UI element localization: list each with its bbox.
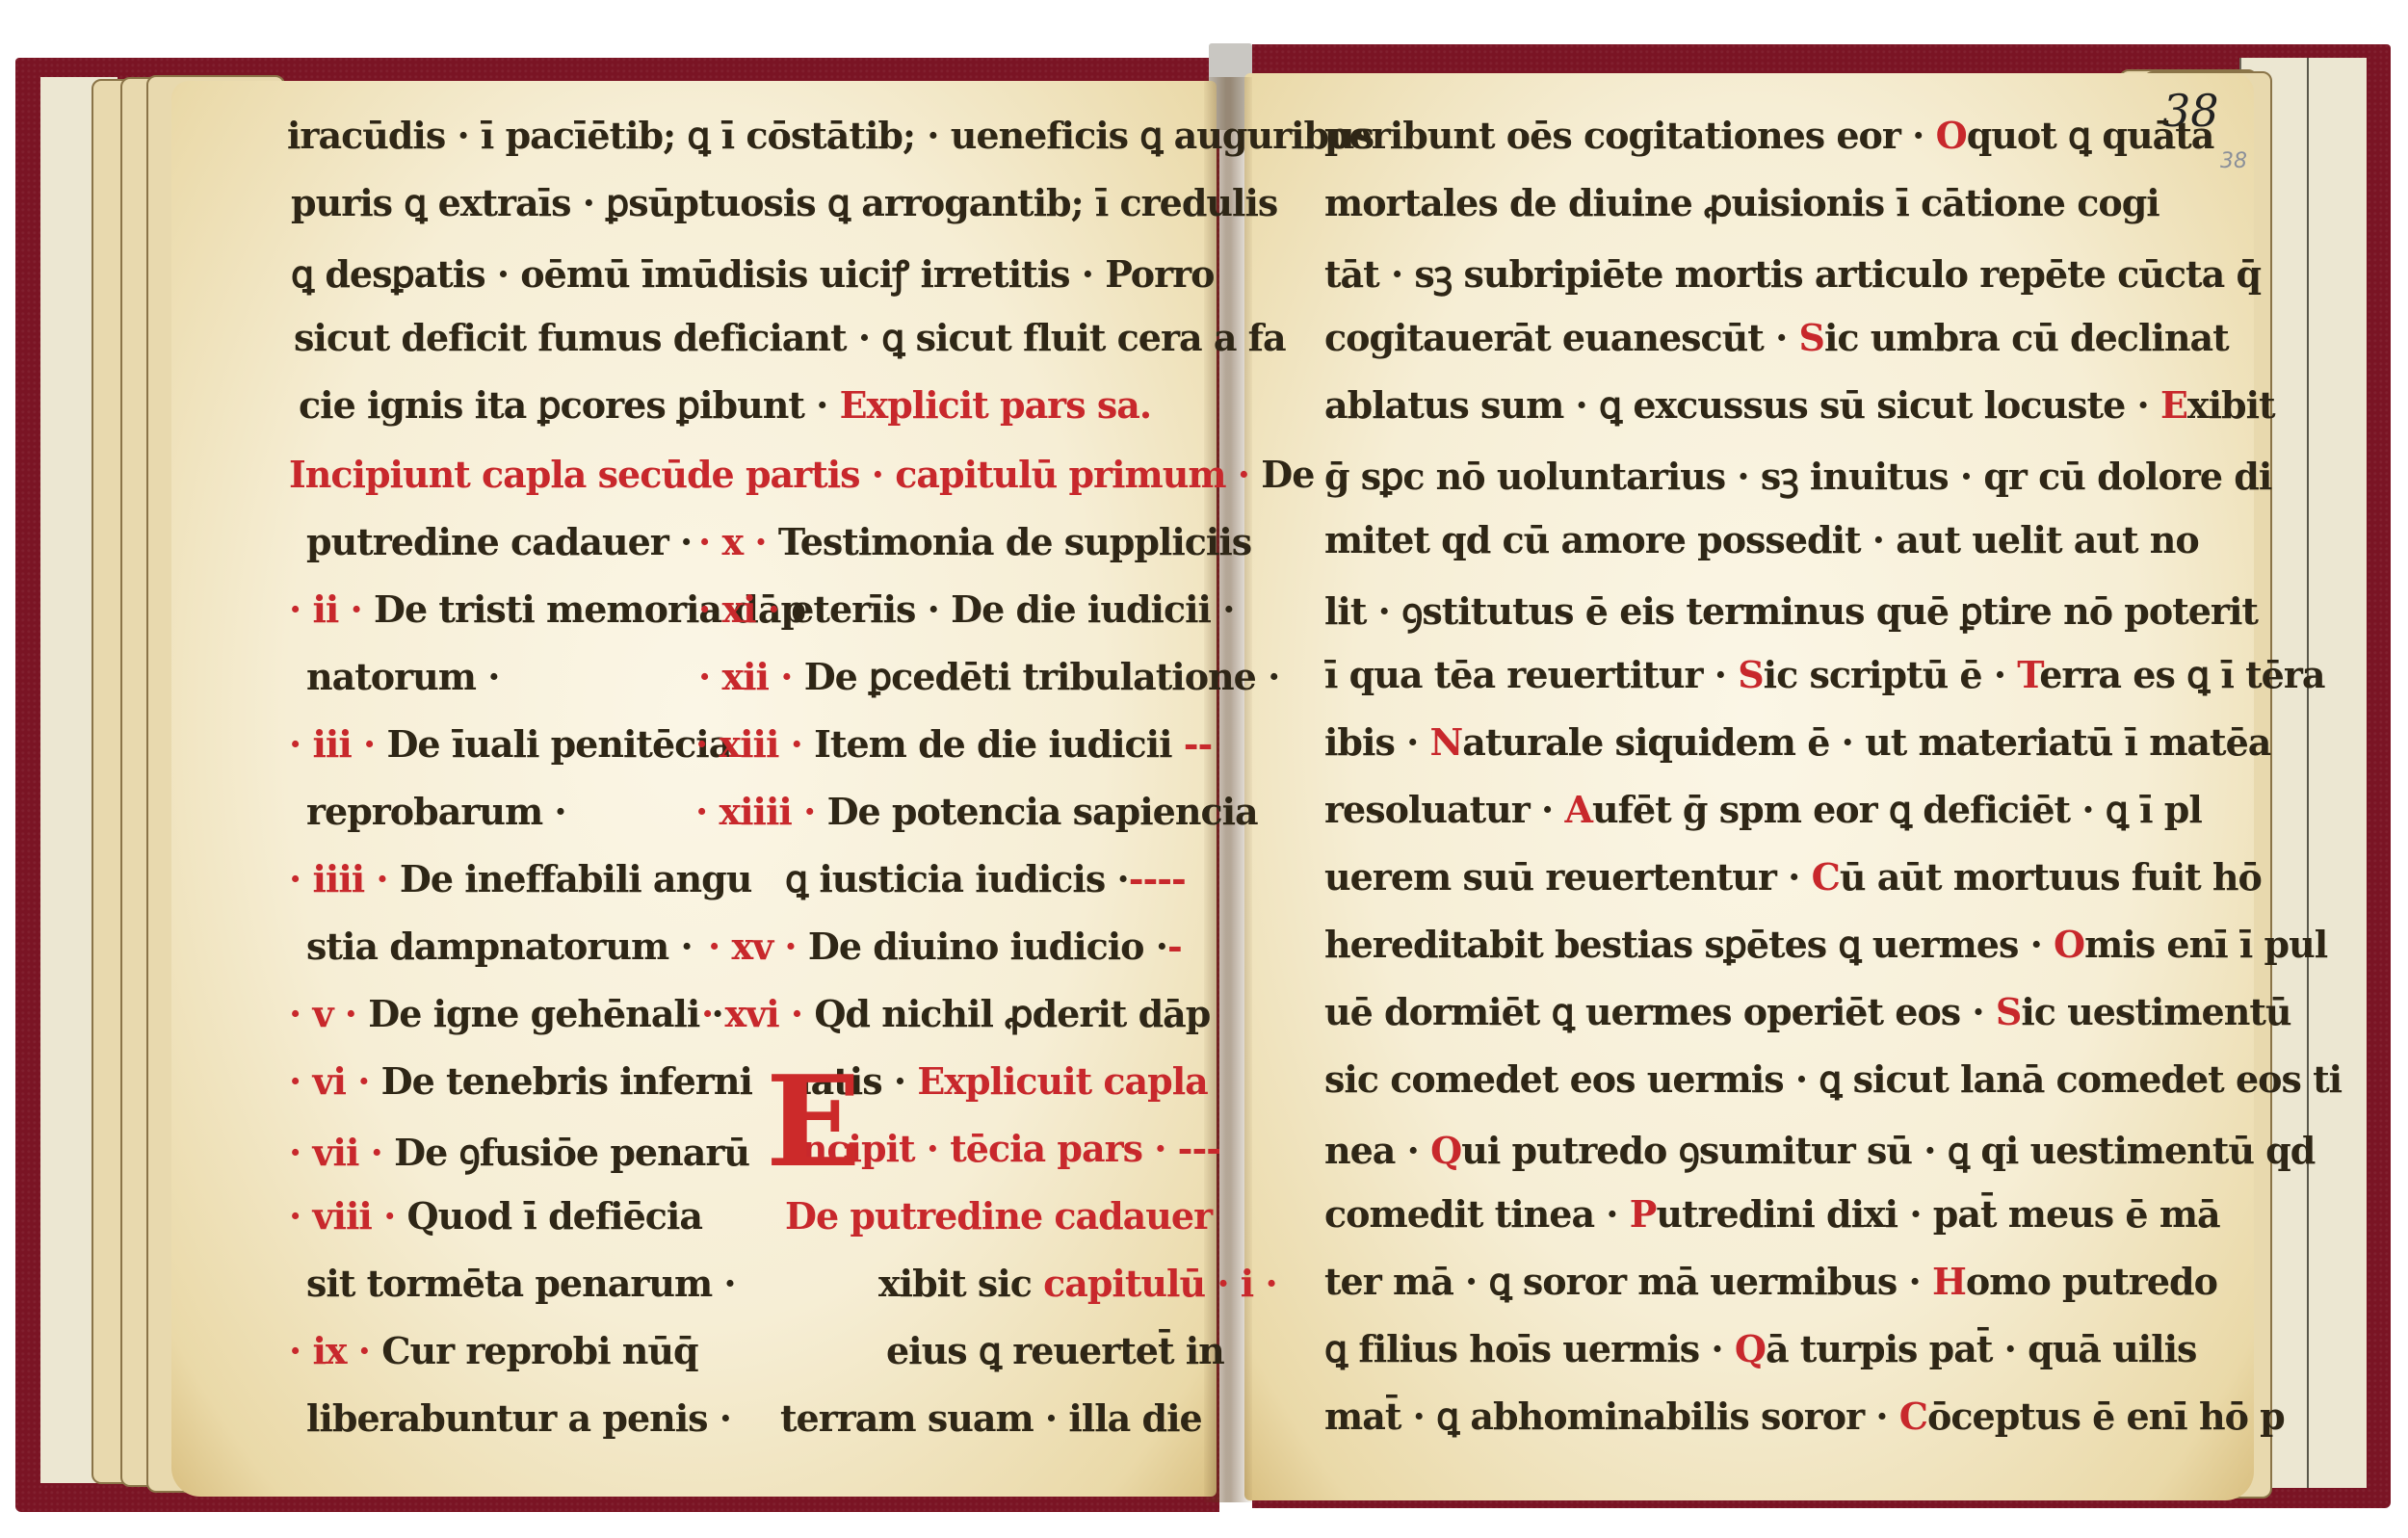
chapter-title: stia dampnatorum · [306, 925, 693, 968]
chapter-entry: De putredine cadauer [785, 1194, 1212, 1238]
text-segment: ui putredo ꝯsumitur sū · ꝗ qi uestimentū… [1461, 1129, 2315, 1172]
text-segment: ꝗ filius hoīs uermis · [1324, 1327, 1735, 1370]
chapter-title: natorum · [306, 655, 499, 698]
text-segment: ā turpis pat̄ · quā uilis [1766, 1327, 2197, 1370]
text-line: mat̄ · ꝗ abhominabilis soror · Cōceptus … [1324, 1395, 2285, 1438]
rubric-initial: A [1565, 788, 1592, 831]
rubric-incipit: Incipiunt capla secūde partis · capitulū… [289, 453, 1249, 496]
chapter-number: · v · [289, 992, 356, 1035]
chapter-number: · xii · [698, 655, 792, 698]
chapter-title: De īuali penitēcia [386, 722, 731, 766]
chapter-title: liberabuntur a penis · [306, 1396, 731, 1440]
chapter-entry: · xi · eterīis · De die iudicii · [698, 587, 1234, 631]
text-line: resoluatur · Aufēt ḡ spm eor ꝗ deficiēt … [1324, 788, 2202, 831]
text-segment: mis enī ī pul [2084, 923, 2327, 966]
text-segment: ablatus sum · ꝗ excussus sū sicut locust… [1324, 383, 2160, 427]
text-segment: omo putredo [1966, 1260, 2217, 1303]
chapter-number: · xi · [698, 587, 779, 631]
rubric-filler: ---- [1129, 857, 1186, 900]
text-segment: ī qua tēa reuertitur · [1324, 653, 1738, 696]
text-segment: erra es ꝗ ī tēra [2039, 653, 2324, 696]
chapter-title: Testimonia de suppliciis [778, 520, 1251, 563]
chapter-entry: stia dampnatorum · [306, 925, 693, 968]
text-segment: ū aūt mortuus fuit hō [1840, 855, 2262, 899]
chapter-entry: xibit sic capitulū · i · [878, 1262, 1277, 1305]
rubric-filler: - [1167, 925, 1182, 968]
chapter-entry: putredine cadauer · [306, 520, 692, 563]
chapter-number: · iiii · [289, 857, 388, 900]
chapter-title: De diuino iudicio · [808, 925, 1167, 968]
text-line: ī qua tēa reuertitur · Sic scriptū ē · T… [1324, 653, 2324, 696]
rubric-initial: H [1932, 1260, 1966, 1303]
text-line: cogitauerāt euanescūt · Sic umbra cū dec… [1324, 316, 2229, 359]
text-line: sicut deficit fumus deficiant · ꝗ sicut … [294, 316, 1286, 359]
text-segment: xibit sic [878, 1262, 1032, 1305]
chapter-title: Item de die iudicii [814, 722, 1171, 766]
chapter-entry: · xiii · Item de die iudicii -- [695, 722, 1212, 766]
rubric-initial: C [1812, 855, 1840, 899]
text-segment: comedit tinea · [1324, 1192, 1630, 1236]
pastedown-edge-line [2307, 58, 2309, 1488]
text-segment: uē dormiēt ꝗ uermes operiēt eos · [1324, 990, 1996, 1033]
text-line: comedit tinea · Putredini dixi · pat̄ me… [1324, 1192, 2220, 1236]
chapter-number: · iii · [289, 722, 375, 766]
chapter-entry: liberabuntur a penis · [306, 1396, 731, 1440]
text-line: uerem suū reuertentur · Cū aūt mortuus f… [1324, 855, 2262, 899]
chapter-title: De igne gehēnali · [368, 992, 723, 1035]
text-line: Incipiunt capla secūde partis · capitulū… [289, 453, 1314, 496]
chapter-title: De potencia sapiencia [827, 790, 1258, 833]
text-segment: utredini dixi · pat̄ meus ē mā [1656, 1192, 2219, 1236]
rubric-initial: O [1936, 114, 1967, 157]
rubric-filler: -- [1184, 722, 1213, 766]
chapter-entry: · viii · Quod ī defiēcia [289, 1194, 702, 1238]
text-segment: resoluatur · [1324, 788, 1565, 831]
text-line: uē dormiēt ꝗ uermes operiēt eos · Sic ue… [1324, 990, 2291, 1033]
chapter-number: · x · [698, 520, 767, 563]
text-line: iracūdis · ī pacīētib; ꝗ ī cōstātib; · u… [287, 114, 1374, 157]
rubric-initial: S [1996, 990, 2021, 1033]
chapter-entry: · vii · De ꝯfusiōe penarū [289, 1127, 749, 1177]
text-segment: cie ignis ita ꝑcores ꝑibunt · [299, 383, 827, 427]
chapter-entry: · xii · De ꝑcedēti tribulatione · [698, 655, 1279, 698]
rubric-initial: P [1630, 1192, 1657, 1236]
text-line: ꝗ desꝑatis · oēmū īmūdisis uiciꝭ irretit… [291, 248, 1215, 299]
chapter-entry: eius ꝗ reuertet̄ in [886, 1329, 1224, 1372]
chapter-entry: reprobarum · [306, 790, 566, 833]
chapter-number: · ii · [289, 587, 362, 631]
text-segment: peribunt oēs cogitationes eor · [1324, 114, 1936, 157]
rubric-initial: Q [1430, 1129, 1461, 1172]
text-line: mortales de diuine ꝓuisionis ī cātione c… [1324, 181, 2159, 224]
text-segment: ōceptus ē enī hō p [1927, 1395, 2285, 1438]
text-segment: De [1261, 453, 1314, 496]
text-segment: nea · [1324, 1129, 1430, 1172]
chapter-entry: · iiii · De ineffabili angu [289, 857, 751, 900]
text-line: tāt · sꝫ subripiēte mortis articulo repē… [1324, 248, 2261, 299]
chapter-title: Quod ī defiēcia [407, 1194, 702, 1238]
chapter-title: De tenebris inferni [381, 1059, 752, 1103]
text-line: cie ignis ita ꝑcores ꝑibunt · Explicit p… [299, 383, 1151, 427]
chapter-title: eterīis · De die iudicii · [791, 587, 1234, 631]
chapter-number: · xiiii · [695, 790, 815, 833]
text-line: mitet qd cū amore possedit · aut uelit a… [1324, 518, 2199, 561]
text-line: peribunt oēs cogitationes eor · Oquot ꝗ … [1324, 114, 2213, 157]
text-line: ḡ sꝑc nō uoluntarius · sꝫ inuitus · qr c… [1324, 451, 2271, 501]
chapter-entry: terram suam · illa die [780, 1396, 1202, 1440]
text-line: nea · Qui putredo ꝯsumitur sū · ꝗ qi ues… [1324, 1125, 2315, 1175]
folio-number-pencil: 38 [2220, 149, 2247, 173]
chapter-title: De ꝯfusiōe penarū [394, 1131, 749, 1174]
text-segment: ter mā · ꝗ soror mā uermibus · [1324, 1260, 1932, 1303]
chapter-number: · xvi · [701, 992, 802, 1035]
text-segment: ic scriptū ē · [1764, 653, 2018, 696]
text-segment: ibis · [1324, 720, 1430, 764]
rubric-chapter-number: capitulū · i · [1043, 1262, 1277, 1305]
text-segment: eius ꝗ reuertet̄ in [886, 1329, 1224, 1372]
rubric-initial: S [1799, 316, 1824, 359]
text-line: ter mā · ꝗ soror mā uermibus · Homo putr… [1324, 1260, 2217, 1303]
chapter-entry: · x · Testimonia de suppliciis [698, 520, 1251, 563]
chapter-entry: · xv · De diuino iudicio ·- [708, 925, 1182, 968]
chapter-entry: · iii · De īuali penitēcia [289, 722, 731, 766]
chapter-title: reprobarum · [306, 790, 566, 833]
rubric-initial: N [1430, 720, 1463, 764]
chapter-number: · vii · [289, 1131, 382, 1174]
chapter-number: · ix · [289, 1329, 370, 1372]
chapter-entry: ꝗ iusticia iudicis ·---- [785, 857, 1186, 900]
chapter-title: ꝗ iusticia iudicis · [785, 857, 1129, 900]
chapter-number: · vi · [289, 1059, 369, 1103]
chapter-title: putredine cadauer · [306, 520, 692, 563]
text-segment: ufēt ḡ spm eor ꝗ deficiēt · ꝗ ī pl [1592, 788, 2202, 831]
chapter-number: · xv · [708, 925, 797, 968]
rubric-initial: S [1738, 653, 1763, 696]
rubric-chapter-title: De putredine cadauer [785, 1194, 1212, 1238]
chapter-entry: · xiiii · De potencia sapiencia [695, 790, 1258, 833]
chapter-title: Cur reprobi nūq̄ [381, 1329, 697, 1372]
rubric-initial: O [2054, 923, 2084, 966]
text-line: ibis · Naturale siquidem ē · ut materiat… [1324, 720, 2270, 764]
chapter-entry: · v · De igne gehēnali · [289, 992, 723, 1035]
text-line: ablatus sum · ꝗ excussus sū sicut locust… [1324, 383, 2275, 427]
decorated-initial-E: E [766, 1064, 872, 1180]
text-line: lit · ꝯstitutus ē eis terminus quē ꝑtire… [1324, 586, 2258, 636]
text-segment: terram suam · illa die [780, 1396, 1202, 1440]
text-line: hereditabit bestias sꝑētes ꝗ uermes · Om… [1324, 923, 2327, 966]
text-line: ꝗ filius hoīs uermis · Qā turpis pat̄ · … [1324, 1327, 2196, 1370]
chapter-entry: · vi · De tenebris inferni [289, 1059, 752, 1103]
chapter-entry: · ix · Cur reprobi nūq̄ [289, 1329, 698, 1372]
chapter-entry: · xvi · Qd nichil ꝓderit dāp [701, 992, 1210, 1035]
rubric-initial: C [1899, 1395, 1927, 1438]
text-line: puris ꝗ extraīs · ꝑsūptuosis ꝗ arroganti… [291, 181, 1277, 224]
chapter-number: · xiii · [695, 722, 802, 766]
chapter-entry: sit tormēta penarum · [306, 1262, 736, 1305]
text-segment: aturale siquidem ē · ut materiatū ī matē… [1462, 720, 2270, 764]
text-segment: mat̄ · ꝗ abhominabilis soror · [1324, 1395, 1899, 1438]
rubric-initial: T [2017, 653, 2039, 696]
rubric-explicit: Explicuit capla [917, 1059, 1207, 1103]
rubric-initial: E [2160, 383, 2187, 427]
chapter-title: sit tormēta penarum · [306, 1262, 736, 1305]
chapter-title: Qd nichil ꝓderit dāp [814, 992, 1210, 1035]
text-segment: hereditabit bestias sꝑētes ꝗ uermes · [1324, 923, 2054, 966]
text-segment: uerem suū reuertentur · [1324, 855, 1812, 899]
text-line: sic comedet eos uermis · ꝗ sicut lanā co… [1324, 1057, 2342, 1101]
chapter-entry: natorum · [306, 655, 499, 698]
text-segment: xibit [2187, 383, 2275, 427]
text-segment: ic uestimentū [2021, 990, 2290, 1033]
text-segment: quot ꝗ quāta [1967, 114, 2214, 157]
rubric-explicit: Explicit pars sa. [840, 383, 1152, 427]
rubric-initial: Q [1735, 1327, 1766, 1370]
text-segment: cogitauerāt euanescūt · [1324, 316, 1799, 359]
text-segment: ic umbra cū declinat [1824, 316, 2229, 359]
chapter-title: De ineffabili angu [400, 857, 751, 900]
chapter-title: De ꝑcedēti tribulatione · [804, 655, 1280, 698]
chapter-number: · viii · [289, 1194, 395, 1238]
